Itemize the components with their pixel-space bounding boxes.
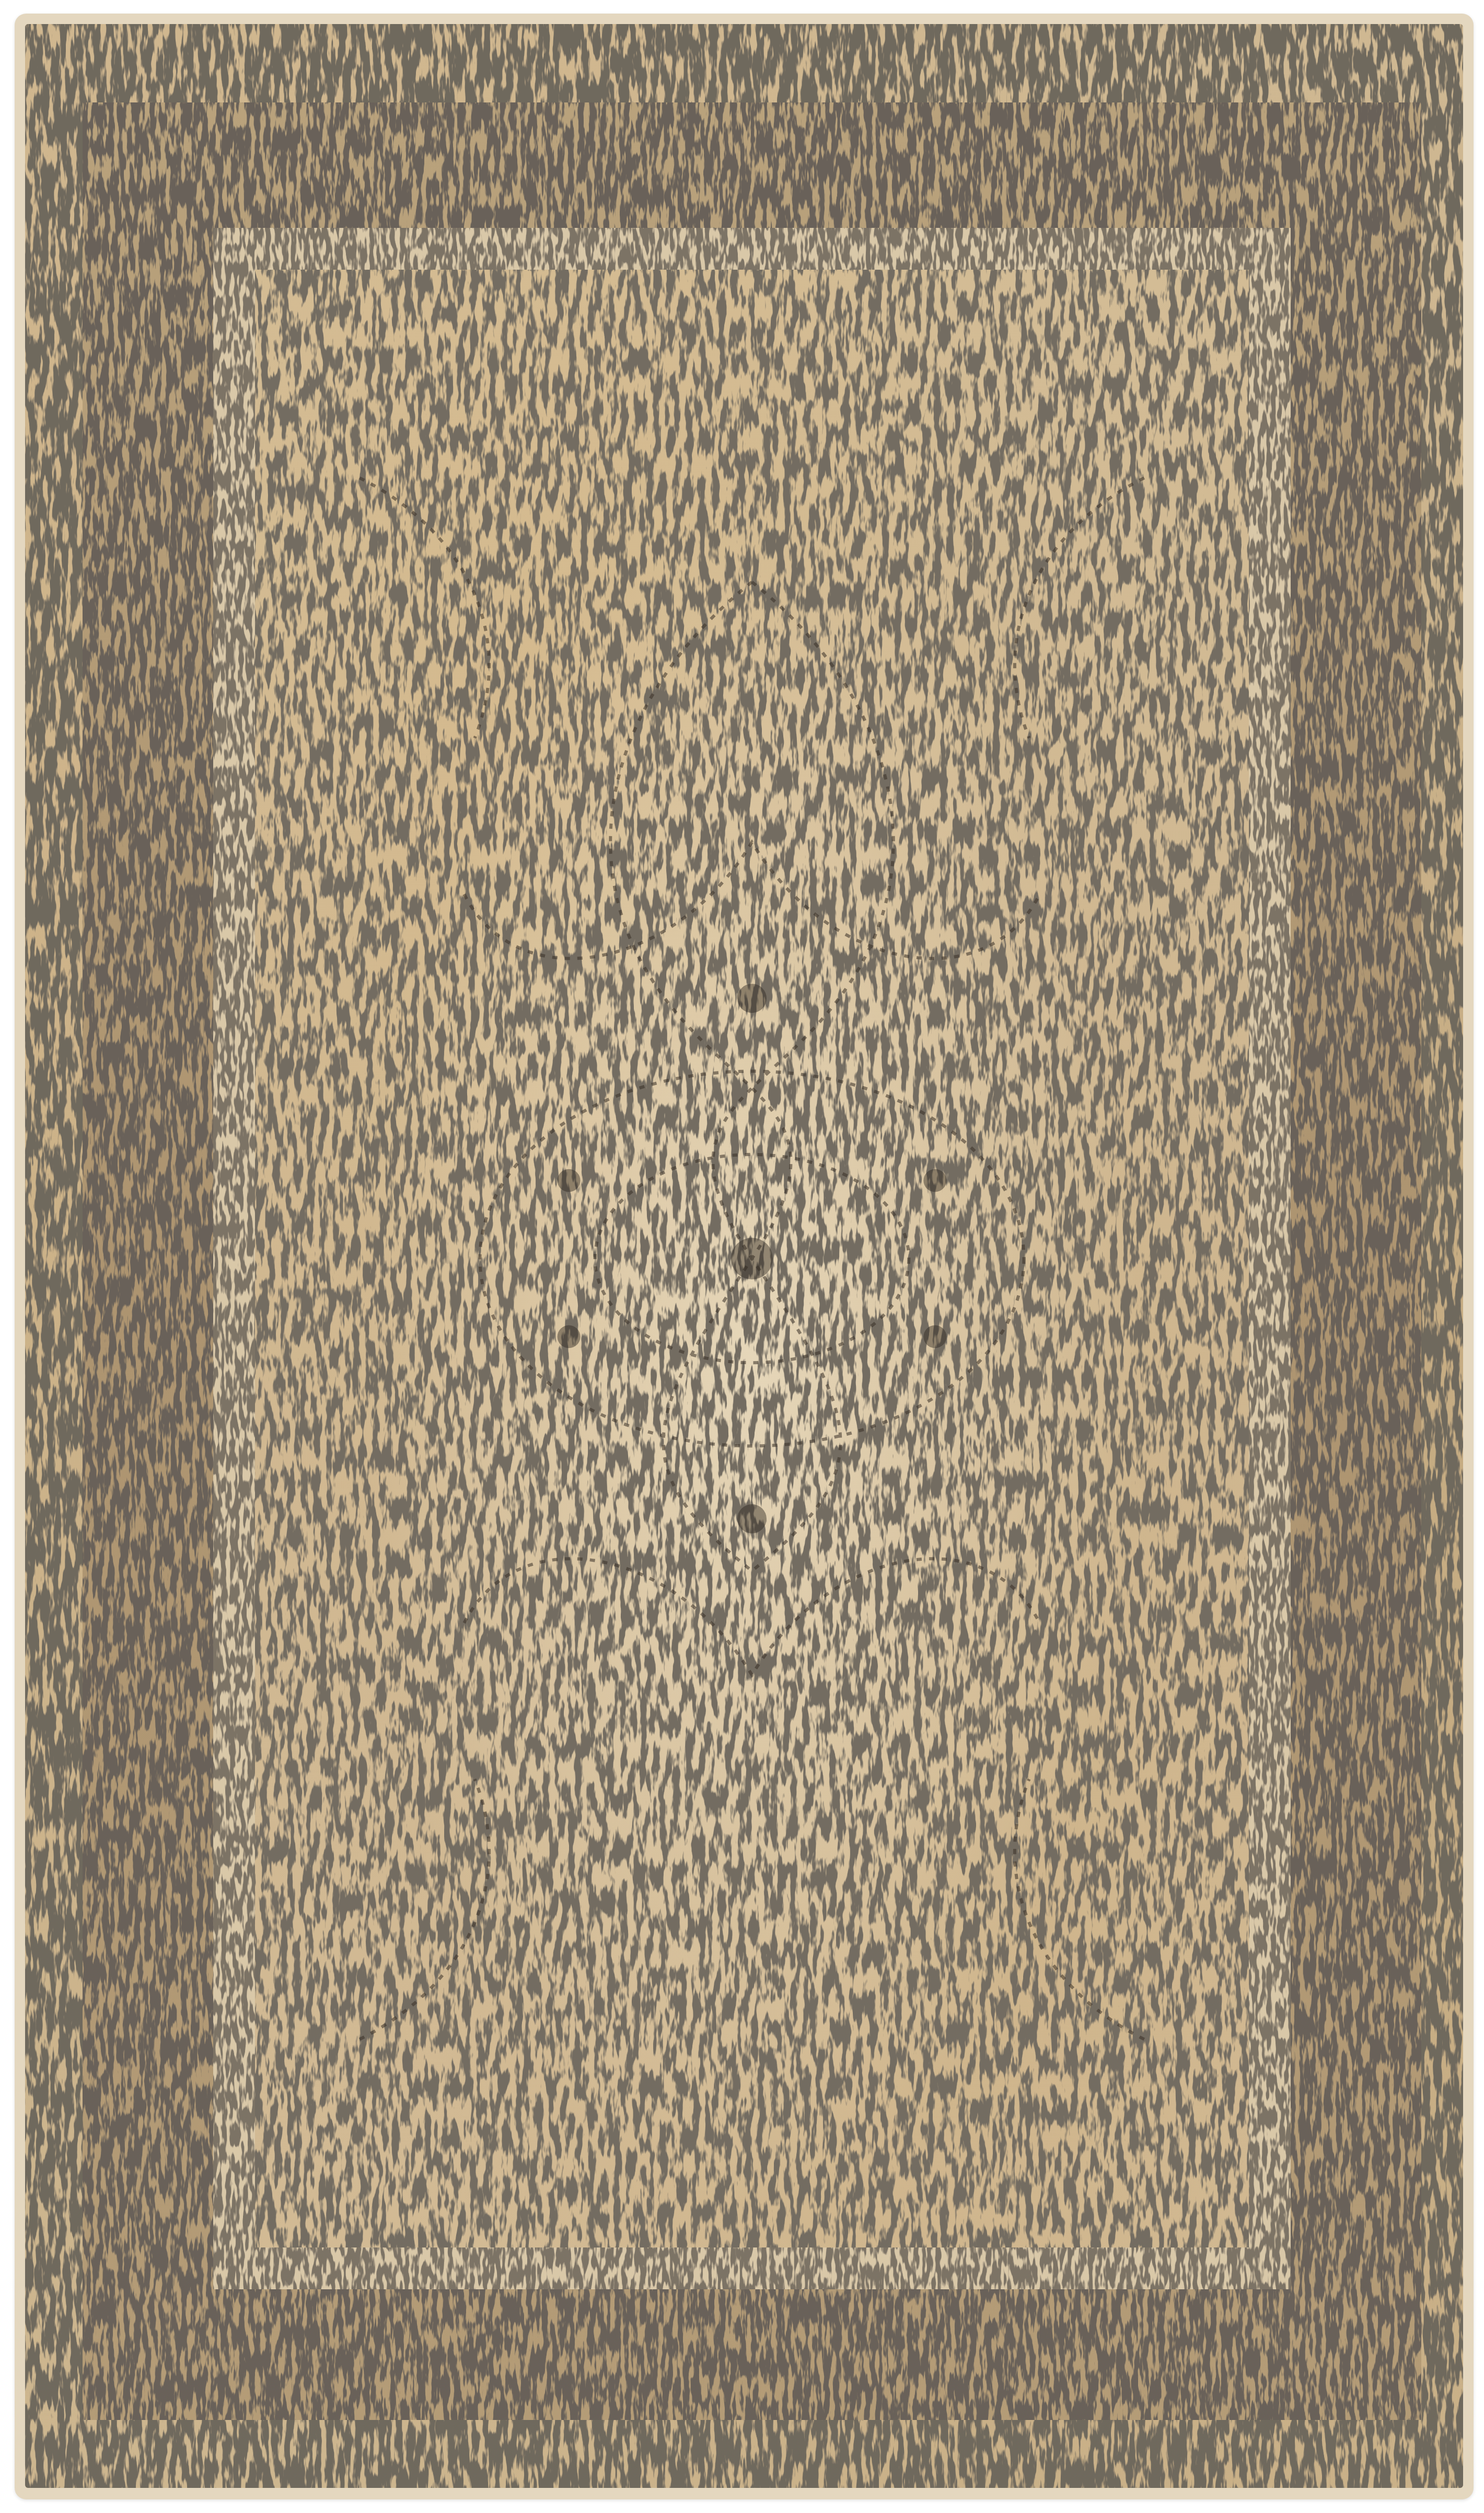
- medallion-ornament: [255, 270, 1249, 2247]
- rug: [15, 14, 1474, 2499]
- rug-pile: [25, 24, 1463, 2488]
- rug-field: [255, 270, 1249, 2247]
